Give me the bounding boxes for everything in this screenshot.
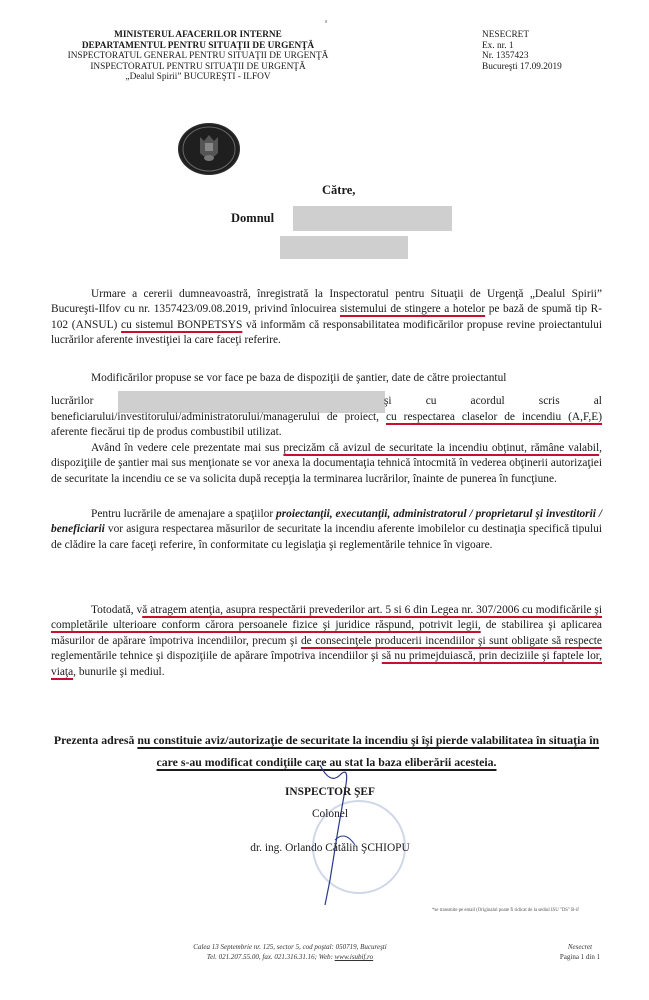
footer-address-line1: Calea 13 Septembrie nr. 125, sector 5, c… bbox=[140, 942, 440, 952]
notice-lead: Prezenta adresă bbox=[54, 733, 137, 747]
page-number: Pagina 1 din 1 bbox=[540, 952, 620, 962]
highlighted-text: cu sistemul BONPETSYS bbox=[121, 319, 242, 331]
highlighted-text: cu respectarea claselor de incendiu (A,F… bbox=[386, 411, 602, 423]
institution-header: MINISTERUL AFACERILOR INTERNEDEPARTAMENT… bbox=[28, 30, 368, 83]
paragraph-modifications-line1: Modificărilor propuse se vor face pe baz… bbox=[51, 371, 602, 386]
scan-speck bbox=[325, 20, 327, 23]
paragraph-modifications-rest: beneficiarului/investitorului/administra… bbox=[51, 410, 602, 441]
word: scris bbox=[539, 395, 560, 407]
meta-line: NESECRET bbox=[482, 30, 562, 41]
paragraph-responsibilities: Pentru lucrările de amenajare a spaţiilo… bbox=[51, 507, 602, 553]
agreement-words: şicuacordulscrisal bbox=[384, 395, 602, 407]
word: şi bbox=[384, 395, 392, 407]
text-segment: beneficiarului/investitorului/administra… bbox=[51, 411, 386, 423]
text-segment: Totodată, v bbox=[91, 604, 142, 616]
text-segment: reglementările tehnice şi dispoziţiile d… bbox=[51, 650, 382, 662]
highlighted-text: de consecinţele producerii incendiilor ş… bbox=[301, 635, 602, 647]
meta-line: Nr. 1357423 bbox=[482, 51, 562, 62]
website-link[interactable]: www.isubif.ro bbox=[335, 953, 374, 961]
paragraph-valid-permit: Având în vedere cele prezentate mai sus … bbox=[51, 441, 602, 487]
document-meta: NESECRETEx. nr. 1Nr. 1357423Bucureşti 17… bbox=[482, 30, 562, 72]
header-line: DEPARTAMENTUL PENTRU SITUAŢII DE URGENŢĂ bbox=[28, 41, 368, 52]
text-segment: , bunurile şi mediul. bbox=[73, 666, 164, 678]
signatory-title: INSPECTOR ŞEF bbox=[200, 786, 460, 798]
footer-address: Calea 13 Septembrie nr. 125, sector 5, c… bbox=[140, 942, 440, 962]
transmission-note: *se transmite pe email (Originalul poate… bbox=[432, 908, 579, 913]
word: al bbox=[594, 395, 602, 407]
header-line: INSPECTORATUL PENTRU SITUAŢII DE URGENŢĂ bbox=[28, 62, 368, 73]
word: cu bbox=[426, 395, 437, 407]
word-lucrarilor: lucrărilor bbox=[51, 395, 93, 407]
paragraph-request: Urmare a cererii dumneavoastră, înregist… bbox=[51, 287, 602, 349]
meta-line: Bucureşti 17.09.2019 bbox=[482, 62, 562, 73]
addressee-salutation: Domnul bbox=[231, 211, 274, 226]
word: acordul bbox=[471, 395, 505, 407]
signatory-rank: Colonel bbox=[200, 808, 460, 820]
text-segment: aferente fiecărui tip de produs combusti… bbox=[51, 426, 282, 438]
highlighted-text: precizăm că avizul de securitate la ince… bbox=[283, 442, 599, 454]
footer-page-info: Nesecret Pagina 1 din 1 bbox=[540, 942, 620, 962]
text-segment: vor asigura respectarea măsurilor de sec… bbox=[51, 523, 602, 550]
signatory-name: dr. ing. Orlando Cătălin ŞCHIOPU bbox=[200, 842, 460, 854]
highlighted-text: sistemului de stingere a hotelor bbox=[340, 303, 485, 315]
signature-block: INSPECTOR ŞEF Colonel dr. ing. Orlando C… bbox=[200, 786, 460, 854]
meta-line: Ex. nr. 1 bbox=[482, 41, 562, 52]
addressee-to-label: Către, bbox=[322, 183, 355, 198]
header-line: „Dealul Spirii” BUCUREŞTI - ILFOV bbox=[28, 72, 368, 83]
text-segment: Pentru lucrările de amenajare a spaţiilo… bbox=[91, 508, 276, 520]
footer-classification: Nesecret bbox=[540, 942, 620, 952]
paragraph-legal-reminder: Totodată, vă atragem atenţia, asupra res… bbox=[51, 603, 602, 680]
text-segment: Având în vedere cele prezentate mai sus bbox=[91, 442, 283, 454]
header-line: INSPECTORATUL GENERAL PENTRU SITUAŢII DE… bbox=[28, 51, 368, 62]
coat-of-arms-emblem-icon bbox=[178, 123, 240, 175]
redacted-name bbox=[293, 206, 452, 231]
footer-contact: Tel. 021.207.55.00, fax. 021.316.31.16; … bbox=[207, 953, 335, 961]
header-line: MINISTERUL AFACERILOR INTERNE bbox=[28, 30, 368, 41]
redacted-address bbox=[280, 236, 408, 259]
